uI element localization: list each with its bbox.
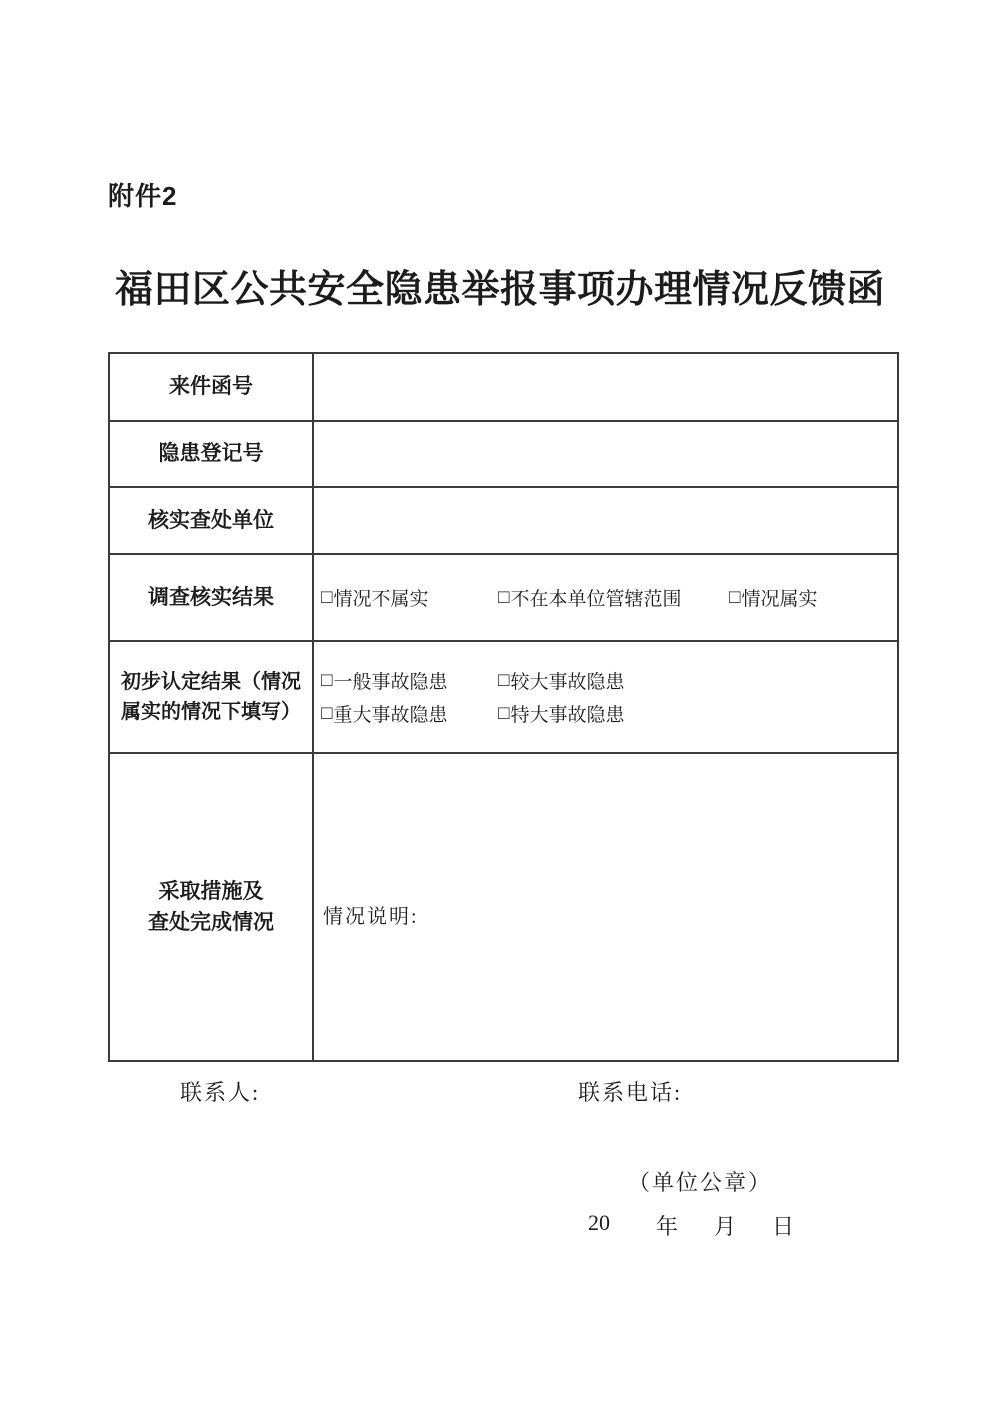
table-row-verify-unit: 核实查处单位 bbox=[109, 487, 898, 554]
checkbox-option-extra-major-hazard[interactable]: □ 特大事故隐患 bbox=[498, 700, 897, 727]
table-row-hazard-reg: 隐患登记号 bbox=[109, 421, 898, 487]
attachment-label: 附件2 bbox=[108, 176, 177, 213]
table-row-verify-result: 调查核实结果 □ 情况不属实 □ 不在本单位管辖范围 □ 情况 bbox=[109, 554, 898, 641]
preliminary-result-label: 初步认定结果（情况 属实的情况下填写） bbox=[109, 641, 313, 753]
letter-no-field[interactable] bbox=[313, 353, 898, 421]
checkbox-option-major-hazard[interactable]: □ 重大事故隐患 bbox=[321, 700, 498, 727]
checkbox-option-label: 不在本单位管辖范围 bbox=[510, 584, 681, 611]
checkbox-option-not-true[interactable]: □ 情况不属实 bbox=[321, 584, 498, 611]
checkbox-option-label: 情况不属实 bbox=[333, 584, 428, 611]
hazard-reg-field[interactable] bbox=[313, 421, 898, 487]
checkbox-icon[interactable]: □ bbox=[498, 587, 509, 609]
verify-result-label: 调查核实结果 bbox=[109, 554, 313, 641]
checkbox-option-label: 情况属实 bbox=[741, 584, 817, 611]
date-day-label: 日 bbox=[772, 1210, 794, 1241]
checkbox-icon[interactable]: □ bbox=[321, 670, 332, 692]
unit-seal-note: （单位公章） bbox=[628, 1166, 772, 1197]
checkbox-option-label: 特大事故隐患 bbox=[510, 700, 624, 727]
checkbox-option-not-jurisdiction[interactable]: □ 不在本单位管辖范围 bbox=[498, 584, 729, 611]
table-row-letter-no: 来件函号 bbox=[109, 353, 898, 421]
checkbox-icon[interactable]: □ bbox=[321, 587, 332, 609]
date-year-prefix: 20 bbox=[588, 1210, 610, 1236]
checkbox-icon[interactable]: □ bbox=[498, 703, 509, 725]
checkbox-icon[interactable]: □ bbox=[729, 587, 740, 609]
verify-unit-field[interactable] bbox=[313, 487, 898, 554]
checkbox-icon[interactable]: □ bbox=[321, 703, 332, 725]
checkbox-option-label: 重大事故隐患 bbox=[333, 700, 447, 727]
checkbox-option-general-hazard[interactable]: □ 一般事故隐患 bbox=[321, 667, 498, 694]
checkbox-option-larger-hazard[interactable]: □ 较大事故隐患 bbox=[498, 667, 897, 694]
letter-no-label: 来件函号 bbox=[109, 353, 313, 421]
measures-label: 采取措施及 查处完成情况 bbox=[109, 753, 313, 1061]
table-row-preliminary-result: 初步认定结果（情况 属实的情况下填写） □ 一般事故隐患 □ 较大事故隐患 bbox=[109, 641, 898, 753]
document-page: 附件2 福田区公共安全隐患举报事项办理情况反馈函 来件函号 隐患登记号 核实查处… bbox=[0, 0, 1000, 1414]
page-title: 福田区公共安全隐患举报事项办理情况反馈函 bbox=[0, 258, 1000, 313]
checkbox-option-label: 较大事故隐患 bbox=[510, 667, 624, 694]
date-line: 20 年 月 日 bbox=[0, 1210, 1000, 1240]
checkbox-icon[interactable]: □ bbox=[498, 670, 509, 692]
verify-unit-label: 核实查处单位 bbox=[109, 487, 313, 554]
contact-person-label: 联系人: bbox=[180, 1076, 260, 1107]
checkbox-option-label: 一般事故隐患 bbox=[333, 667, 447, 694]
hazard-reg-label: 隐患登记号 bbox=[109, 421, 313, 487]
table-row-measures: 采取措施及 查处完成情况 情况说明: bbox=[109, 753, 898, 1061]
situation-note-label: 情况说明: bbox=[323, 906, 419, 928]
measures-field[interactable]: 情况说明: bbox=[313, 753, 898, 1061]
feedback-form-table: 来件函号 隐患登记号 核实查处单位 调查核实结果 □ 情况不属实 bbox=[108, 352, 899, 1062]
contact-phone-label: 联系电话: bbox=[578, 1076, 682, 1107]
date-year-label: 年 bbox=[656, 1210, 678, 1241]
date-month-label: 月 bbox=[714, 1210, 736, 1241]
checkbox-option-true[interactable]: □ 情况属实 bbox=[729, 584, 818, 611]
